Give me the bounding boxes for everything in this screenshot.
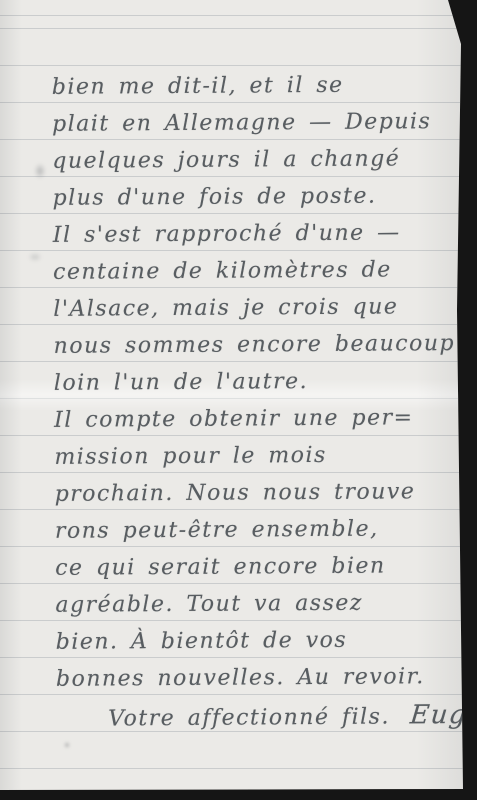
ink-smudge [34,163,46,179]
letter-line: centaine de kilomètres de [53,250,463,291]
letter-line: rons peut-être ensemble, [55,509,463,550]
letter-line: Il compte obtenir une per= [54,398,463,439]
letter-line: Il s'est rapproché d'une — [53,213,463,254]
ink-smudge [64,742,70,748]
letter-line: quelques jours il a changé [52,139,463,180]
signature-line: Votre affectionné fils. Eug [56,694,463,735]
paper-sheet: bien me dit-il, et il se plait en Allema… [0,0,463,790]
letter-line: l'Alsace, mais je crois que [53,287,463,328]
letter-line: loin l'un de l'autre. [54,361,463,402]
closing-text: Votre affectionné fils. [108,704,390,731]
letter-line: bien. À bientôt de vos [56,620,463,661]
letter-line: prochain. Nous nous trouve [55,472,463,513]
signature: Eug [409,697,463,734]
letter-line: plus d'une fois de poste. [52,176,463,217]
ink-smudge [28,252,42,262]
letter-line: nous sommes encore beaucoup [53,324,463,365]
letter-body: bien me dit-il, et il se plait en Allema… [52,65,463,735]
letter-line: bonnes nouvelles. Au revoir. [56,657,463,698]
letter-line: mission pour le mois [54,435,463,476]
letter-line: plait en Allemagne — Depuis [52,102,463,143]
letter-line: ce qui serait encore bien [55,546,463,587]
letter-line: agréable. Tout va assez [55,583,463,624]
letter-line: bien me dit-il, et il se [52,65,463,106]
